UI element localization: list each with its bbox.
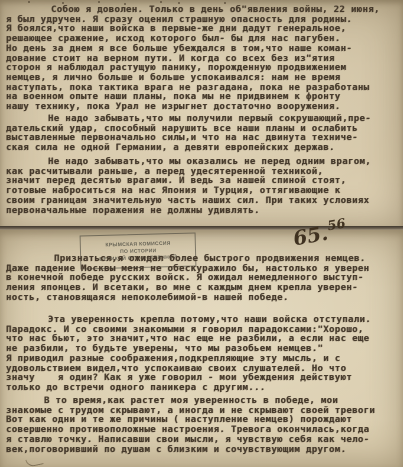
typed-paragraph-6: В то время,как растет моя уверенность в … [6, 397, 400, 455]
typed-paragraph-2: Не надо забывать,что мы получили первый … [6, 115, 400, 154]
typed-paragraph-5: Эта уверенность крепла потому,что наши в… [6, 316, 400, 394]
typed-paragraph-4: Признаться,я ожидал более быстрого продв… [6, 255, 400, 304]
typed-paragraph-3: Не надо забывать,что мы оказались не пер… [6, 158, 400, 216]
typed-paragraph-1: Собою я доволен. Только в день об"явлени… [6, 6, 400, 113]
document-scan: Собою я доволен. Только в день об"явлени… [0, 0, 403, 467]
handwritten-number-super: 56 [326, 216, 346, 234]
stamp-line-1: КРЫМСКАЯ КОМИССИЯ [105, 241, 170, 248]
torn-edge-text-remnant [28, 1, 30, 3]
